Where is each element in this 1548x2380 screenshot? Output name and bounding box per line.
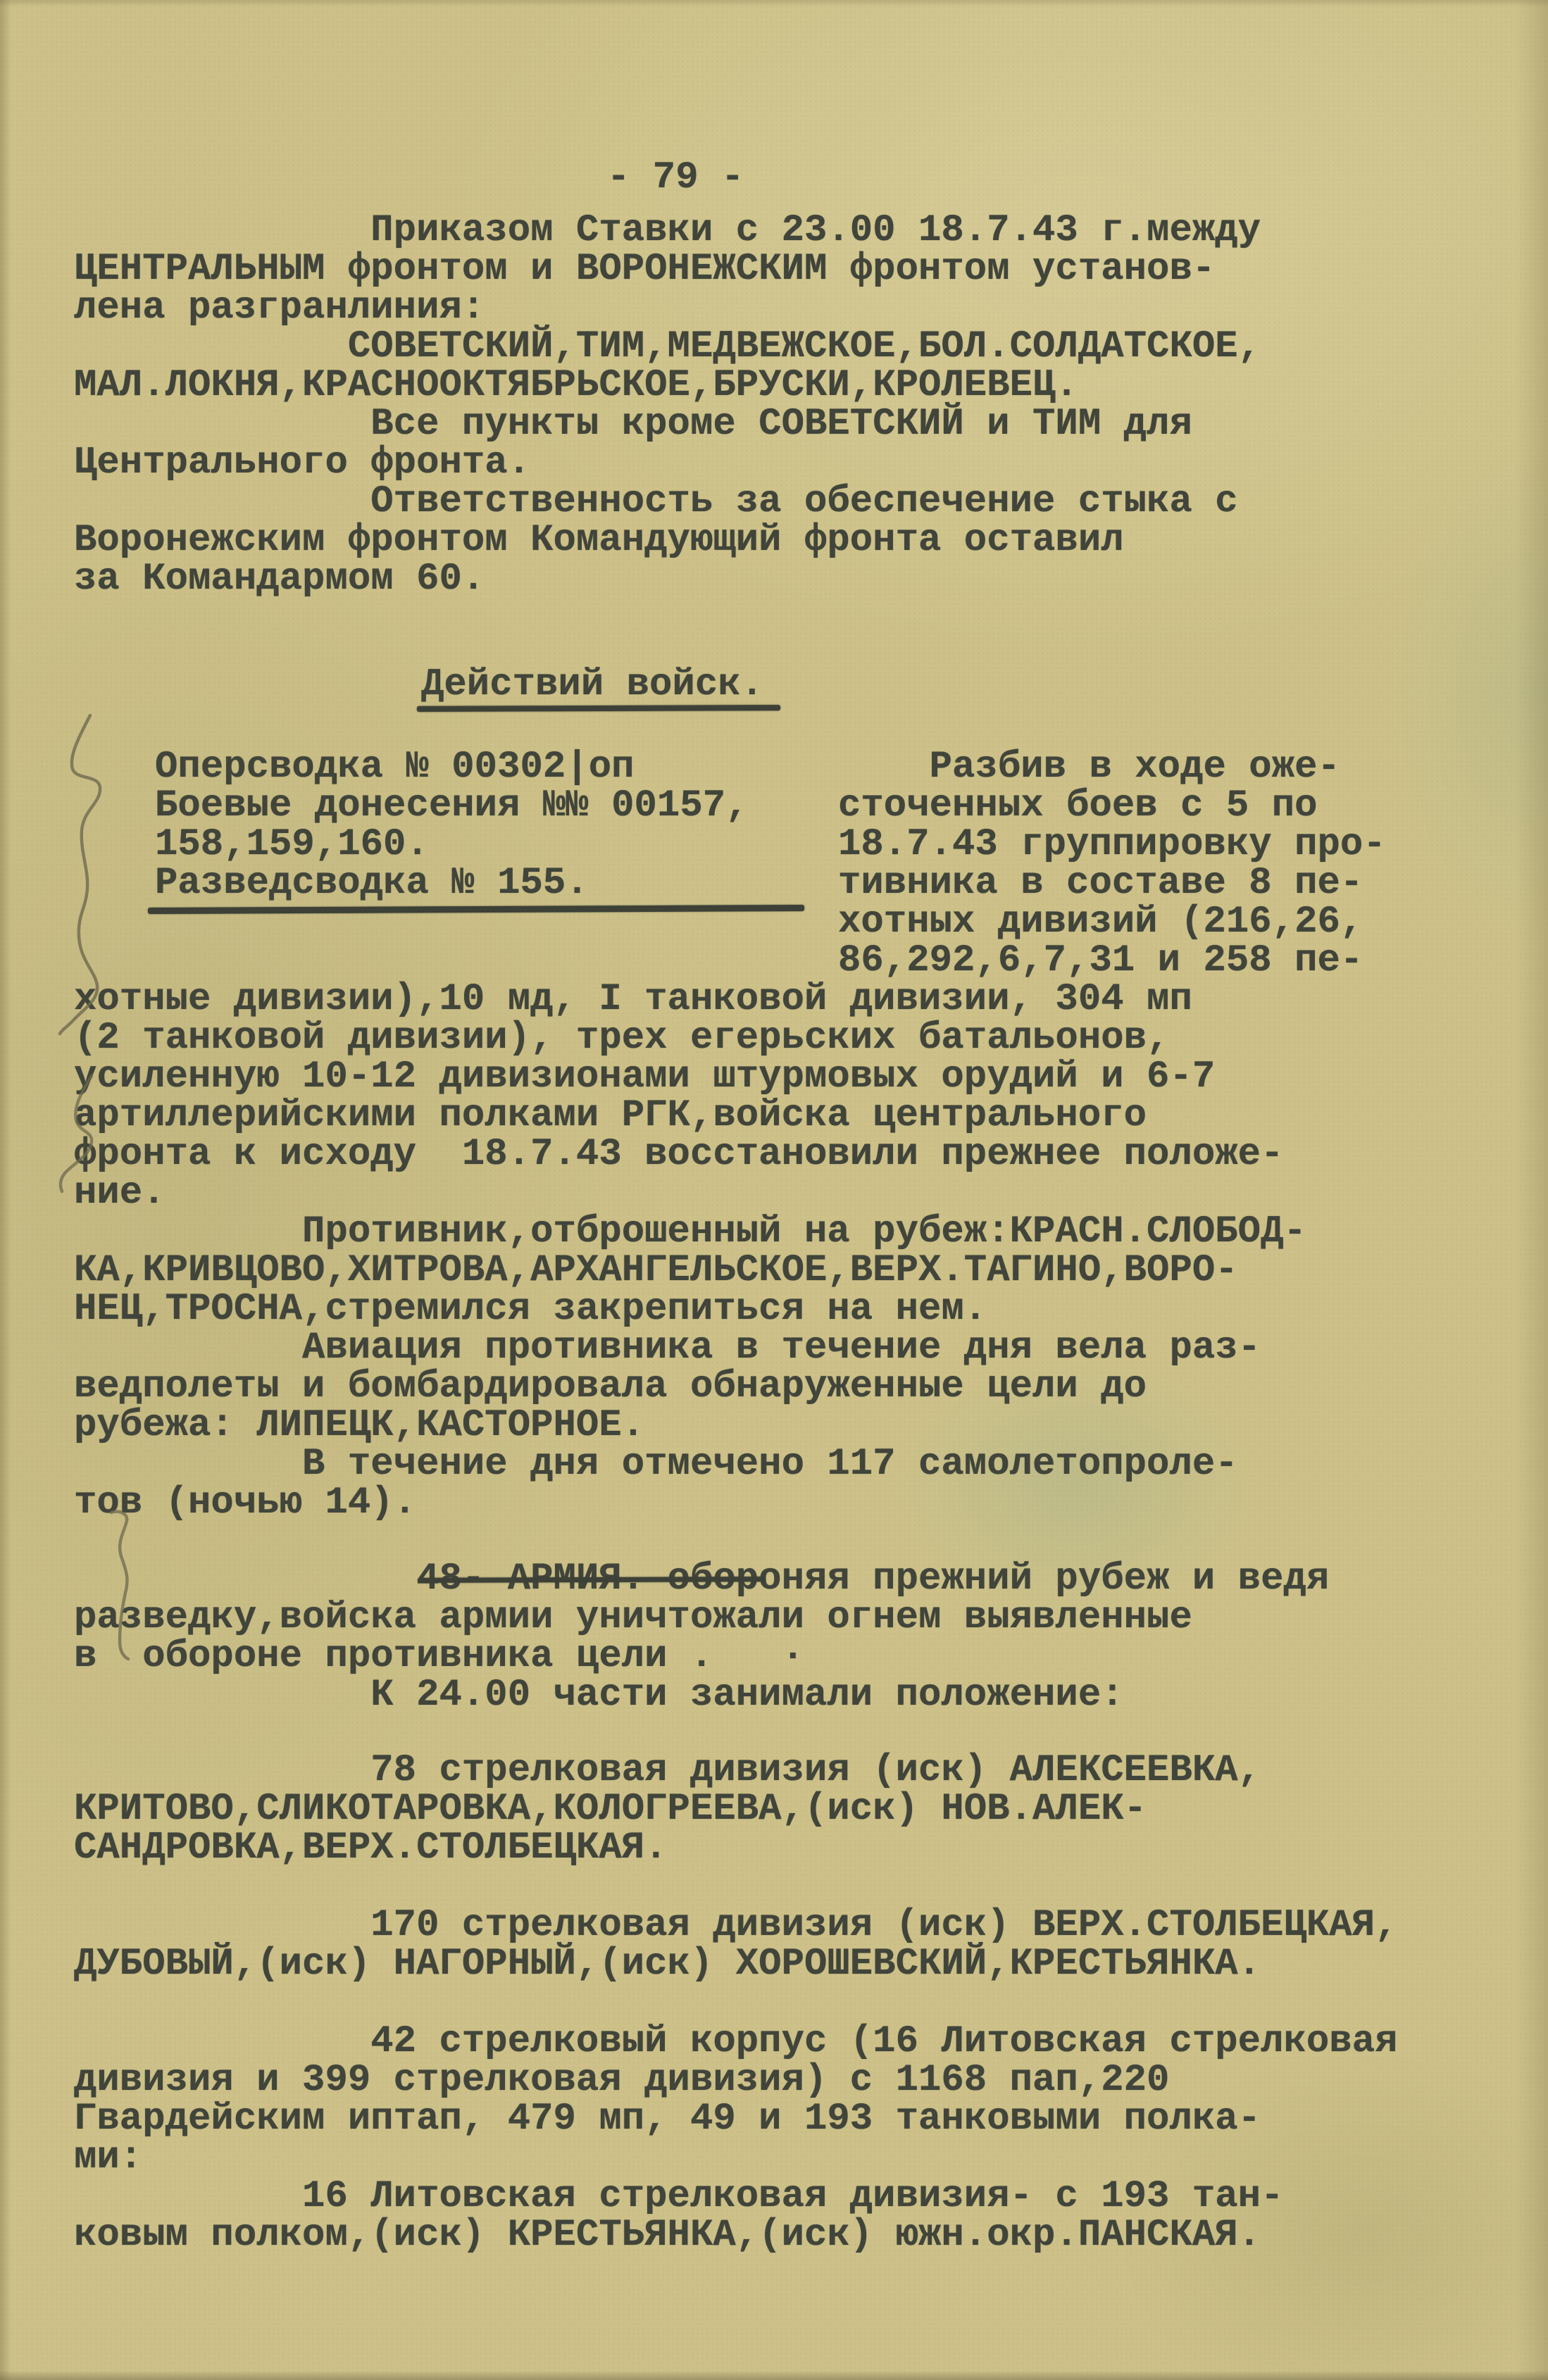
section-heading: Действий войск.: [421, 665, 763, 704]
heading-underline: [417, 705, 780, 712]
paragraph-stavka-directive: Приказом Ставки с 23.00 18.7.43 г.между …: [74, 211, 1261, 599]
paragraph-front-situation: хотные дивизии),10 мд, I танковой дивизи…: [74, 980, 1306, 1522]
page-number: - 79 -: [607, 158, 744, 197]
razvedsvodka-underline: [148, 905, 804, 914]
document-page: - 79 - Приказом Ставки с 23.00 18.7.43 г…: [0, 0, 1548, 2380]
paragraph-48-army: 48- АРМИЯ. обороняя прежний рубеж и ведя…: [74, 1560, 1329, 1715]
paragraph-enemy-grouping: Разбив в ходе оже- сточенных боев с 5 по…: [838, 748, 1386, 980]
paragraph-170-division: 170 стрелковая дивизия (иск) ВЕРХ.СТОЛБЕ…: [74, 1906, 1398, 1984]
report-references-column: Оперсводка № 00302|оп Боевые донесения №…: [155, 748, 749, 903]
paragraph-78-division: 78 стрелковая дивизия (иск) АЛЕКСЕЕВКА, …: [74, 1751, 1261, 1867]
paragraph-42-corps: 42 стрелковый корпус (16 Литовская стрел…: [74, 2022, 1398, 2255]
